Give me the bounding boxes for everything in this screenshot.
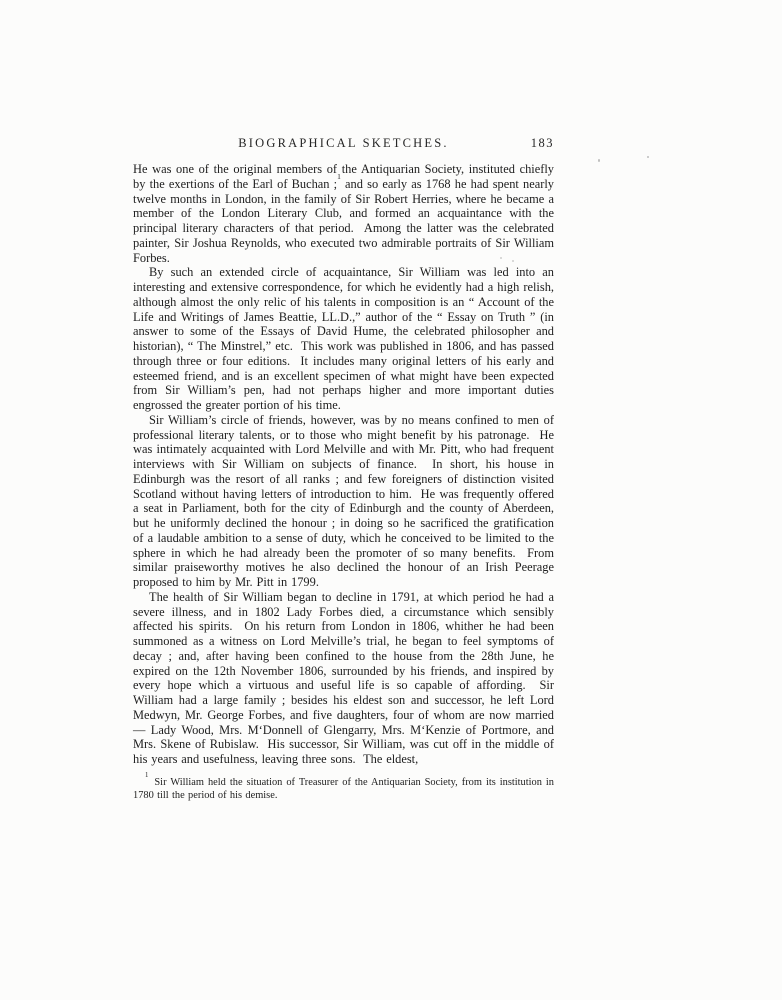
page-number: 183	[531, 136, 554, 151]
scan-speck	[647, 156, 649, 158]
scan-speck	[598, 159, 600, 162]
scan-speck	[512, 260, 514, 262]
paragraph: By such an extended circle of acquaintan…	[133, 265, 554, 413]
footnote-marker: 1	[145, 772, 148, 779]
footnote-text: Sir William held the situation of Treasu…	[133, 777, 554, 801]
paragraph: He was one of the original members of th…	[133, 162, 554, 265]
text-block: He was one of the original members of th…	[133, 162, 554, 802]
paragraph: Sir William’s circle of friends, however…	[133, 413, 554, 590]
running-head-title: BIOGRAPHICAL SKETCHES.	[238, 136, 448, 150]
footnote: 1 Sir William held the situation of Trea…	[133, 776, 554, 802]
page-header: BIOGRAPHICAL SKETCHES. 183	[133, 136, 554, 151]
scan-speck	[225, 600, 227, 602]
book-page: BIOGRAPHICAL SKETCHES. 183 He was one of…	[0, 0, 782, 1000]
footnote-reference: 1	[337, 172, 341, 181]
paragraph: The health of Sir William began to decli…	[133, 590, 554, 767]
scan-speck	[500, 257, 502, 259]
